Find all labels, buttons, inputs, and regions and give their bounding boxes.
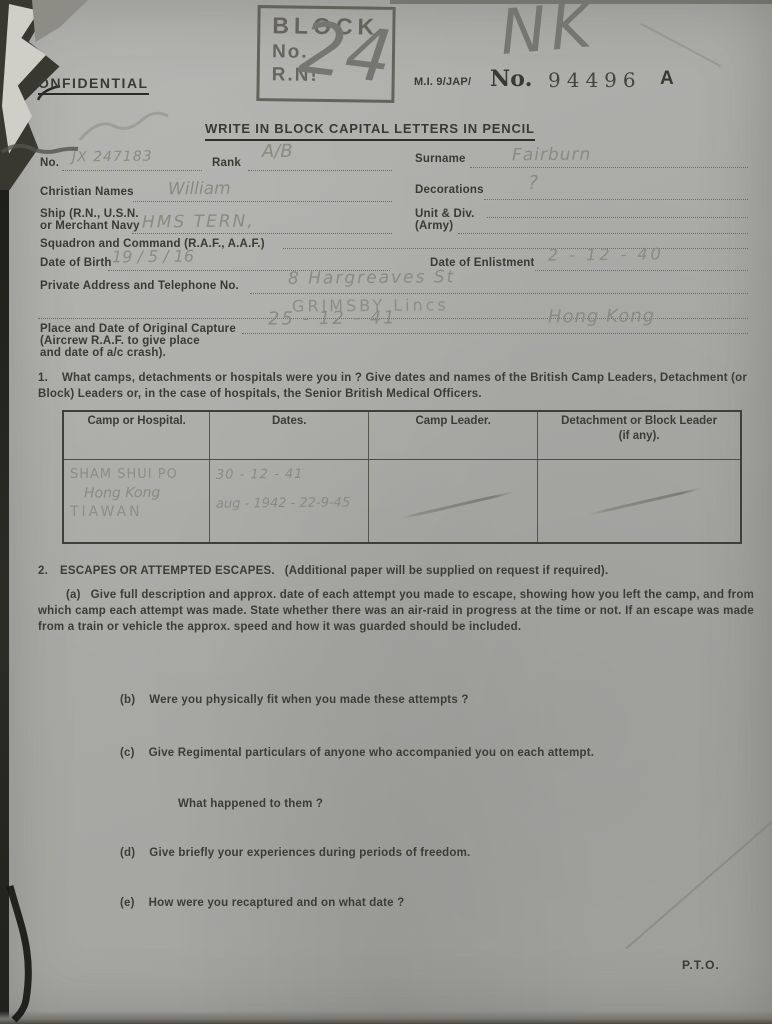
question-2c-text: Give Regimental particulars of anyone wh… xyxy=(149,747,595,759)
dates-entry-2: aug - 1942 - 22-9-45 xyxy=(216,495,362,512)
field-label-unit-line1: Unit & Div. xyxy=(415,208,475,220)
pencil-dash-icon xyxy=(587,487,703,516)
field-line-decorations xyxy=(484,199,748,200)
question-2c-followup-text: What happened to them ? xyxy=(178,798,323,810)
scanned-pow-form-page: ONFIDENTIAL BLOCK No. R.N! 24 NK M.I. 9/… xyxy=(0,0,772,1024)
field-line-enlistment xyxy=(535,270,748,271)
question-2a-text: Give full description and approx. date o… xyxy=(38,589,754,633)
pencil-dash-icon xyxy=(398,491,514,520)
camp-table-data-row: SHAM SHUI PO Hong Kong TIAWAN 30 - 12 - … xyxy=(64,460,740,542)
question-2c-tag: (c) xyxy=(120,747,135,759)
question-2-heading: ESCAPES OR ATTEMPTED ESCAPES. xyxy=(60,565,275,577)
paper-crease-line xyxy=(641,23,721,67)
field-label-ship-line1: Ship (R.N., U.S.N. xyxy=(40,208,139,220)
camp-entry-2: Hong Kong xyxy=(84,484,203,501)
question-2-number: 2. xyxy=(38,565,48,577)
field-line-unit-1 xyxy=(487,217,748,218)
field-line-ship xyxy=(132,233,392,234)
question-2e-tag: (e) xyxy=(120,897,135,909)
serial-number: 94496 xyxy=(548,68,642,92)
cell-camp-leader xyxy=(368,460,537,542)
col-header-camp-leader: Camp Leader. xyxy=(368,412,537,459)
field-value-surname: Fairburn xyxy=(512,145,591,166)
question-1-text: What camps, detachments or hospitals wer… xyxy=(38,372,747,400)
camp-entry-3: TIAWAN xyxy=(70,504,203,520)
field-value-capture-place: Hong Kong xyxy=(548,305,655,327)
question-2c: (c)Give Regimental particulars of anyone… xyxy=(120,745,594,761)
question-2b-text: Were you physically fit when you made th… xyxy=(149,694,468,706)
question-2-note: (Additional paper will be supplied on re… xyxy=(285,565,609,577)
paper-crease-line xyxy=(626,797,772,949)
fold-crease-mark-icon xyxy=(10,886,28,1020)
camp-table: Camp or Hospital. Dates. Camp Leader. De… xyxy=(62,410,742,544)
field-line-capture xyxy=(242,333,748,334)
cell-detachment-leader xyxy=(537,460,740,542)
serial-no-label: No. xyxy=(490,66,533,92)
question-2c-followup: What happened to them ? xyxy=(178,796,323,812)
cell-dates: 30 - 12 - 41 aug - 1942 - 22-9-45 xyxy=(209,460,368,542)
scan-bottom-edge-shadow xyxy=(0,1011,772,1024)
field-label-address: Private Address and Telephone No. xyxy=(40,280,239,292)
question-2b: (b)Were you physically fit when you made… xyxy=(120,692,469,708)
field-label-capture-line3: and date of a/c crash). xyxy=(40,347,166,359)
pencil-block-number: 24 xyxy=(295,5,396,100)
dates-entry-1: 30 - 12 - 41 xyxy=(216,466,362,483)
field-label-decorations: Decorations xyxy=(415,184,484,196)
field-value-ship: HMS TERN, xyxy=(142,211,255,232)
field-value-capture-date: 25 - 12 - 41 xyxy=(268,307,397,329)
confidential-marking: ONFIDENTIAL xyxy=(38,75,149,95)
col-header-dates: Dates. xyxy=(209,412,368,459)
instruction-heading: WRITE IN BLOCK CAPITAL LETTERS IN PENCIL xyxy=(205,121,535,141)
question-2d-tag: (d) xyxy=(120,847,135,859)
field-line-address-1 xyxy=(250,293,748,294)
pencil-initials: NK xyxy=(497,0,598,69)
question-2a-tag: (a) xyxy=(66,589,81,601)
field-label-capture-line2: (Aircrew R.A.F. to give place xyxy=(40,335,200,347)
series-letter: A xyxy=(660,68,674,90)
field-line-rank xyxy=(248,170,392,171)
question-1: 1.What camps, detachments or hospitals w… xyxy=(38,370,752,402)
field-line-christian-names xyxy=(133,201,392,202)
field-label-capture-line1: Place and Date of Original Capture xyxy=(40,323,236,335)
field-value-dob: 19 / 5 / 16 xyxy=(112,247,194,267)
ref-prefix: M.I. 9/JAP/ xyxy=(414,76,471,88)
question-2e-text: How were you recaptured and on what date… xyxy=(149,897,405,909)
field-label-dob: Date of Birth xyxy=(40,257,112,269)
question-2d-text: Give briefly your experiences during per… xyxy=(149,847,470,859)
pencil-scribble-icon xyxy=(80,113,168,140)
field-label-surname: Surname xyxy=(415,153,466,165)
field-label-christian-names: Christian Names xyxy=(40,186,134,198)
field-label-unit-line2: (Army) xyxy=(415,220,453,232)
question-2b-tag: (b) xyxy=(120,694,135,706)
field-value-decorations: ? xyxy=(528,172,538,194)
field-value-enlistment: 2 - 12 - 40 xyxy=(548,244,664,264)
field-line-service-no xyxy=(62,170,202,171)
field-value-address-1: 8 Hargreaves St xyxy=(288,267,456,289)
field-label-rank: Rank xyxy=(212,157,241,169)
question-2e: (e)How were you recaptured and on what d… xyxy=(120,895,404,911)
col-header-camp: Camp or Hospital. xyxy=(64,412,209,459)
question-2a: (a)Give full description and approx. dat… xyxy=(38,587,754,635)
field-value-rank: A/B xyxy=(262,141,293,162)
camp-table-header-row: Camp or Hospital. Dates. Camp Leader. De… xyxy=(64,412,740,460)
col-header-detachment-leader: Detachment or Block Leader (if any). xyxy=(537,412,740,459)
page-turn-over-note: P.T.O. xyxy=(682,958,720,972)
field-line-squadron xyxy=(283,248,748,249)
field-line-unit-2 xyxy=(458,233,748,234)
field-line-surname xyxy=(470,167,748,168)
question-2d: (d)Give briefly your experiences during … xyxy=(120,845,470,861)
camp-entry-1: SHAM SHUI PO xyxy=(70,467,203,482)
cell-camp: SHAM SHUI PO Hong Kong TIAWAN xyxy=(64,460,209,542)
question-1-number: 1. xyxy=(38,372,48,384)
field-label-service-no: No. xyxy=(40,157,59,169)
field-value-service-no: JX 247183 xyxy=(72,149,153,166)
field-value-christian-names: William xyxy=(168,179,231,200)
field-label-ship-line2: or Merchant Navy xyxy=(40,220,140,232)
question-2-heading-row: 2.ESCAPES OR ATTEMPTED ESCAPES.(Addition… xyxy=(38,563,752,579)
